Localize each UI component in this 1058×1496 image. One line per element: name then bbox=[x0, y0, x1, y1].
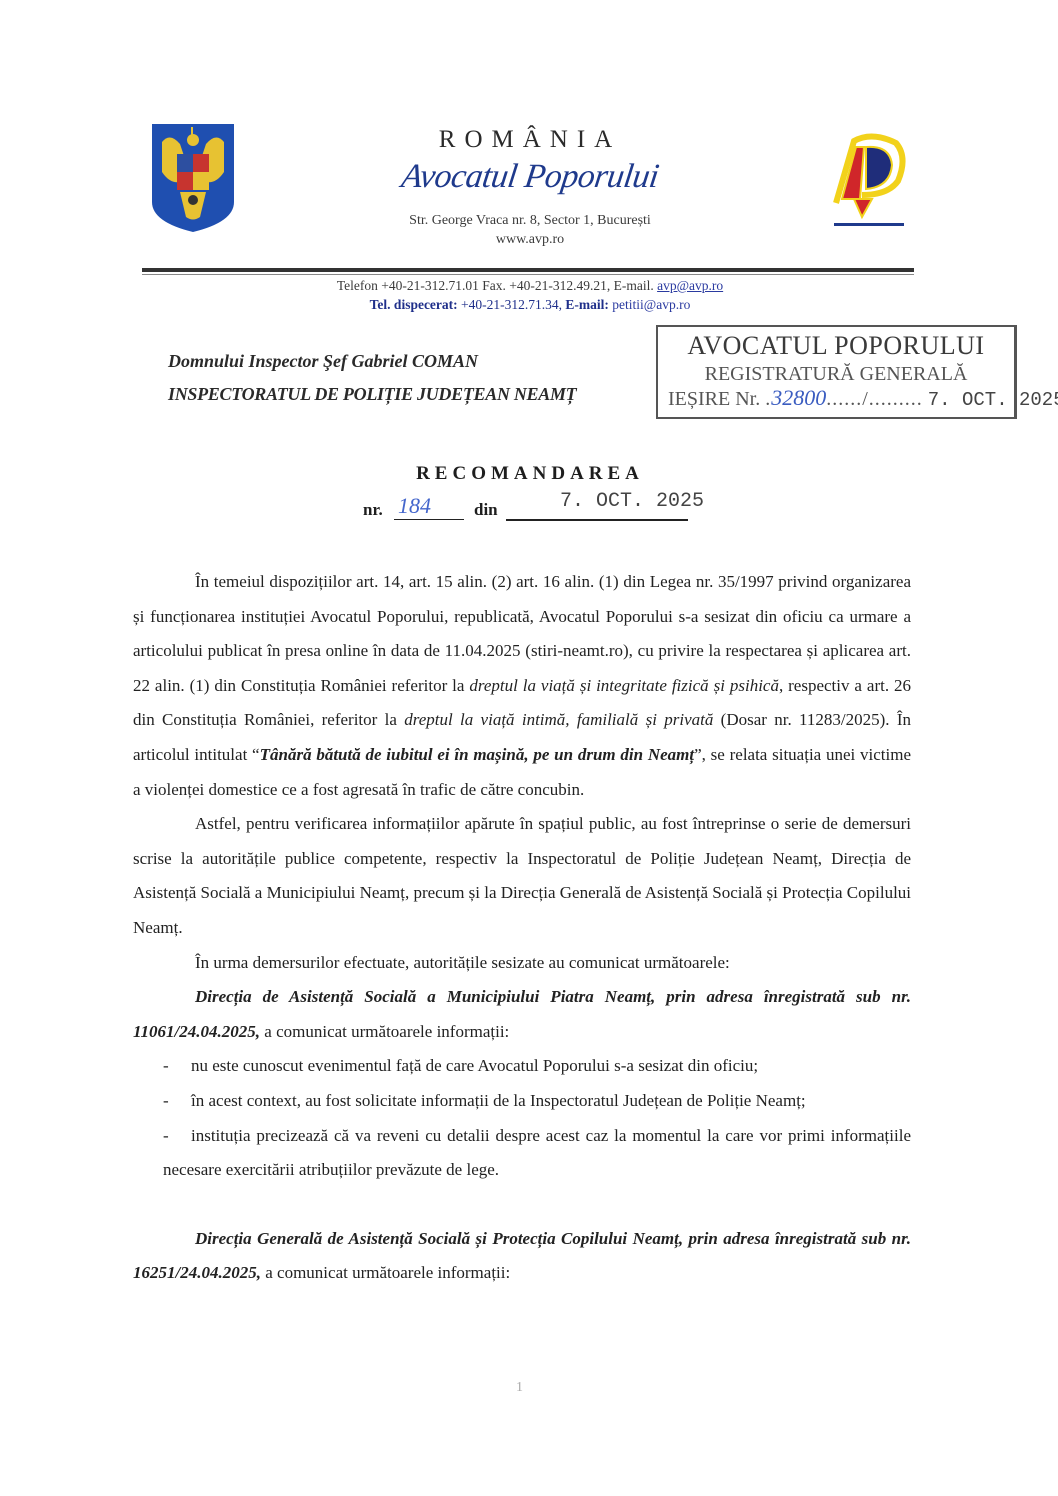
registry-stamp: AVOCATUL POPORULUI REGISTRATURĂ GENERALĂ… bbox=[656, 325, 1017, 419]
contact-email-link[interactable]: avp@avp.ro bbox=[657, 278, 723, 293]
nr-underline bbox=[394, 519, 464, 520]
header-address: Str. George Vraca nr. 8, Sector 1, Bucur… bbox=[330, 213, 730, 229]
list-item: -nu este cunoscut evenimentul față de ca… bbox=[133, 1049, 911, 1084]
authority-reference: Direcția de Asistență Socială a Municipi… bbox=[133, 987, 911, 1041]
recipient-name: Domnului Inspector Şef Gabriel COMAN bbox=[168, 351, 478, 372]
paragraph-verification: Astfel, pentru verificarea informațiilor… bbox=[133, 807, 911, 945]
petitions-email-link[interactable]: petitii@avp.ro bbox=[612, 297, 690, 312]
text: a comunicat următoarele informații: bbox=[261, 1263, 510, 1282]
header-website-link[interactable]: www.avp.ro bbox=[330, 232, 730, 248]
avp-logo-icon bbox=[832, 133, 906, 233]
contact-fax: Fax. +40-21-312.49.21 bbox=[482, 278, 607, 293]
stamp-exit-line: IEȘIRE Nr. .32800....../......... 7. OCT… bbox=[668, 385, 1008, 411]
recommendation-nr-label: nr. bbox=[363, 500, 383, 520]
header-country: ROMÂNIA bbox=[380, 126, 680, 154]
authority-reference: Direcția Generală de Asistență Socială ș… bbox=[133, 1229, 911, 1283]
text: a comunicat următoarele informații: bbox=[260, 1022, 509, 1041]
list-item: -în acest context, au fost solicitate in… bbox=[133, 1084, 911, 1119]
dispatch-label: Tel. dispecerat: bbox=[370, 297, 458, 312]
right-to-privacy-emphasis: dreptul la viață intimă, familială și pr… bbox=[404, 710, 713, 729]
date-underline bbox=[506, 519, 688, 521]
list-item: -instituția precizează că va reveni cu d… bbox=[133, 1119, 911, 1188]
paragraph-das-piatra-neamt: Direcția de Asistență Socială a Municipi… bbox=[133, 980, 911, 1049]
romania-coat-of-arms-icon bbox=[150, 122, 236, 234]
paragraph-dgaspc-neamt: Direcția Generală de Asistență Socială ș… bbox=[133, 1222, 911, 1291]
contact-phone: Telefon +40-21-312.71.01 bbox=[337, 278, 479, 293]
stamp-title: AVOCATUL POPORULUI bbox=[658, 331, 1014, 361]
header-institution-name: Avocatul Poporului bbox=[337, 158, 722, 196]
contact-email-label: E-mail. bbox=[614, 278, 654, 293]
list-item-text: nu este cunoscut evenimentul față de car… bbox=[191, 1056, 758, 1075]
stamp-date: 7. OCT. 2025 bbox=[928, 389, 1058, 411]
contact-line-1: Telefon +40-21-312.71.01 Fax. +40-21-312… bbox=[180, 278, 880, 294]
recommendation-date: 7. OCT. 2025 bbox=[560, 490, 704, 513]
stamp-subtitle: REGISTRATURĂ GENERALĂ bbox=[658, 363, 1014, 386]
header-rule-thin bbox=[142, 274, 914, 275]
recommendation-number: 184 bbox=[398, 493, 431, 519]
document-title: RECOMANDAREA bbox=[330, 463, 730, 485]
list-item-text: în acest context, au fost solicitate inf… bbox=[191, 1091, 806, 1110]
dispatch-phone: +40-21-312.71.34, bbox=[461, 297, 562, 312]
paragraph-results-intro: În urma demersurilor efectuate, autorită… bbox=[133, 946, 911, 981]
stamp-exit-label: IEȘIRE Nr. bbox=[668, 388, 760, 410]
paragraph-legal-basis: În temeiul dispozițiilor art. 14, art. 1… bbox=[133, 565, 911, 807]
contact-line-2: Tel. dispecerat: +40-21-312.71.34, E-mai… bbox=[180, 297, 880, 313]
recommendation-din-label: din bbox=[474, 500, 498, 520]
list-item-text: instituția precizează că va reveni cu de… bbox=[163, 1126, 911, 1180]
right-to-life-emphasis: dreptul la viață și integritate fizică ș… bbox=[469, 676, 779, 695]
article-title: Tânără bătută de iubitul ei în mașină, p… bbox=[260, 745, 695, 764]
stamp-exit-number: 32800 bbox=[771, 385, 826, 410]
document-body: În temeiul dispozițiilor art. 14, art. 1… bbox=[133, 565, 911, 1291]
page-number: 1 bbox=[516, 1380, 523, 1396]
header-rule bbox=[142, 268, 914, 272]
recipient-organization: INSPECTORATUL DE POLIȚIE JUDEȚEAN NEAMȚ bbox=[168, 384, 576, 405]
petitions-email-label: E-mail: bbox=[565, 297, 609, 312]
